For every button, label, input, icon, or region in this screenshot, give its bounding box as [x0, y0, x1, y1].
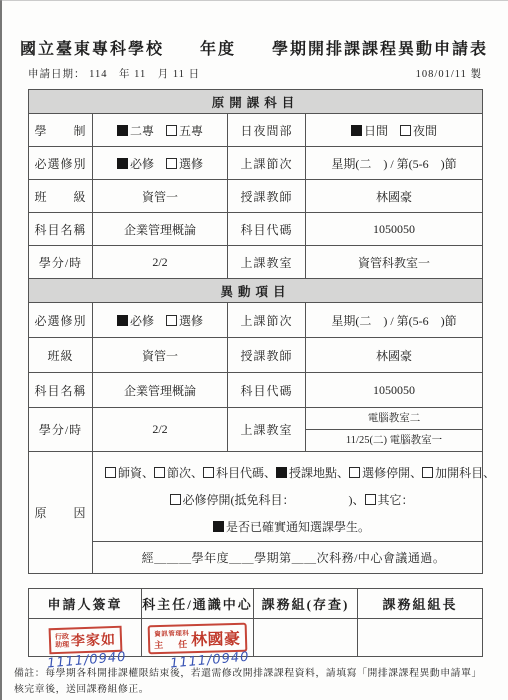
day-night-label: 日夜間部: [228, 114, 306, 147]
checkbox-two-year[interactable]: [117, 125, 128, 136]
night-label: 夜間: [413, 124, 437, 138]
original-subject-value: 企業管理概論: [93, 213, 228, 246]
checkbox-night[interactable]: [400, 125, 411, 136]
reason-item-elective-stop: 選修停開、: [362, 466, 422, 480]
reason-line-1: 師資、節次、科目代碼、授課地點、選修停開、加開科目、: [105, 464, 478, 481]
changed-period-value: 星期(二 ) / 第(5-6 )節: [306, 303, 483, 338]
original-elective-label: 必選修別: [29, 147, 93, 180]
checkbox-changed-elective[interactable]: [166, 315, 177, 326]
day-label: 日間: [364, 124, 388, 138]
school-system-label: 學 制: [29, 114, 93, 147]
section-changed-title: 異動項目: [29, 279, 483, 303]
original-code-label: 科目代碼: [228, 213, 306, 246]
curriculum-section-header: 課務組(存查): [254, 589, 358, 619]
section-original-header-row: 原開課科目: [29, 90, 483, 114]
meeting-line: 經＿＿＿學年度＿＿學期第＿＿次科務/中心會議通過。: [93, 542, 483, 574]
applicant-stamp-name: 李家如: [70, 628, 116, 650]
reason-item-other: 其它：: [378, 493, 414, 507]
changed-room-label: 上課教室: [228, 408, 306, 452]
reason-item-add-course: 加開科目、: [435, 466, 495, 480]
checkbox-teacher[interactable]: [105, 467, 116, 478]
changed-subject-value: 企業管理概論: [93, 373, 228, 408]
row-changed-class: 班級 資管一 授課教師 林國豪: [29, 338, 483, 373]
department-head-stamp: 資訊管理科 主 任 林國豪: [148, 623, 247, 655]
original-teacher-value: 林國豪: [306, 180, 483, 213]
checkbox-add-course[interactable]: [422, 467, 433, 478]
reason-item-required-stop: 必修停開(抵免科目： )、: [183, 493, 365, 507]
original-credit-value: 2/2: [93, 246, 228, 279]
row-changed-subject: 科目名稱 企業管理概論 科目代碼 1050050: [29, 373, 483, 408]
footnote: 備註：每學期各科開排課權限結束後，若還需修改開排課課程資料，請填寫「開排課課程異…: [14, 666, 496, 698]
applicant-signature-cell: 行政 助理 李家如 1111/0940: [29, 619, 142, 657]
applicant-stamp-role-line2: 助理: [55, 640, 69, 649]
original-required-label: 必修: [130, 157, 154, 171]
row-original-subject: 科目名稱 企業管理概論 科目代碼 1050050: [29, 213, 483, 246]
signature-table: 申請人簽章 科主任/通識中心 課務組(存查) 課務組組長 行政 助理 李家如 1…: [28, 588, 483, 657]
checkbox-required-stop[interactable]: [170, 494, 181, 505]
changed-class-label: 班級: [29, 338, 93, 373]
changed-credit-value: 2/2: [93, 408, 228, 452]
signature-header-row: 申請人簽章 科主任/通識中心 課務組(存查) 課務組組長: [29, 589, 483, 619]
curriculum-chief-header: 課務組組長: [358, 589, 483, 619]
row-reason: 原 因 師資、節次、科目代碼、授課地點、選修停開、加開科目、 必修停開(抵免科目…: [29, 452, 483, 542]
original-elective-options: 必修選修: [93, 147, 228, 180]
row-original-class: 班 級 資管一 授課教師 林國豪: [29, 180, 483, 213]
changed-class-value: 資管一: [93, 338, 228, 373]
changed-room-line1: 電腦教室二: [306, 408, 482, 429]
apply-date: 申請日期： 114 年 11 月 11 日: [28, 66, 200, 81]
checkbox-students-notified[interactable]: [213, 521, 224, 532]
applicant-signature-header: 申請人簽章: [29, 589, 142, 619]
department-head-header: 科主任/通識中心: [142, 589, 254, 619]
department-head-cell: 資訊管理科 主 任 林國豪 1111/0940: [142, 619, 254, 657]
footnote-line1: 備註：每學期各科開排課權限結束後，若還需修改開排課課程資料，請填寫「開排課課程異…: [14, 666, 496, 682]
checkbox-changed-required[interactable]: [117, 315, 128, 326]
five-year-label: 五專: [179, 124, 203, 138]
changed-code-label: 科目代碼: [228, 373, 306, 408]
changed-teacher-value: 林國豪: [306, 338, 483, 373]
date-row: 申請日期： 114 年 11 月 11 日 108/01/11 製: [28, 66, 482, 81]
two-year-label: 二專: [130, 124, 154, 138]
department-head-stamp-title: 主 任: [154, 637, 190, 651]
changed-code-value: 1050050: [306, 373, 483, 408]
course-change-table: 原開課科目 學 制 二專五專 日夜間部 日間夜間 必選修別 必修選修 上課節次 …: [28, 89, 483, 574]
changed-teacher-label: 授課教師: [228, 338, 306, 373]
original-period-label: 上課節次: [228, 147, 306, 180]
original-code-value: 1050050: [306, 213, 483, 246]
changed-room-line2: 11/25(二) 電腦教室一: [306, 429, 482, 451]
row-school-system: 學 制 二專五專 日夜間部 日間夜間: [29, 114, 483, 147]
checkbox-original-required[interactable]: [117, 158, 128, 169]
footnote-line2: 核完章後，送回課務組修正。: [14, 682, 496, 698]
checkbox-original-elective[interactable]: [166, 158, 177, 169]
section-original-title: 原開課科目: [29, 90, 483, 114]
curriculum-section-cell: [254, 619, 358, 657]
changed-period-label: 上課節次: [228, 303, 306, 338]
original-credit-label: 學分/時: [29, 246, 93, 279]
reason-label: 原 因: [29, 452, 93, 574]
original-period-value: 星期(二 ) / 第(5-6 )節: [306, 147, 483, 180]
original-class-label: 班 級: [29, 180, 93, 213]
checkbox-day[interactable]: [351, 125, 362, 136]
scanned-form-page: 國立臺東專科學校 年度 學期開排課課程異動申請表 申請日期： 114 年 11 …: [0, 0, 508, 700]
row-original-credit: 學分/時 2/2 上課教室 資管科教室一: [29, 246, 483, 279]
original-teacher-label: 授課教師: [228, 180, 306, 213]
original-elective-option-label: 選修: [179, 157, 203, 171]
changed-room-value: 電腦教室二 11/25(二) 電腦教室一: [306, 408, 483, 452]
checkbox-period[interactable]: [154, 467, 165, 478]
changed-elective-label: 必選修別: [29, 303, 93, 338]
signature-body-row: 行政 助理 李家如 1111/0940 資訊管理科 主 任 林國豪 1111/0…: [29, 619, 483, 657]
checkbox-subject-code[interactable]: [203, 467, 214, 478]
checkbox-elective-stop[interactable]: [349, 467, 360, 478]
original-room-label: 上課教室: [228, 246, 306, 279]
reason-content: 師資、節次、科目代碼、授課地點、選修停開、加開科目、 必修停開(抵免科目： )、…: [93, 452, 483, 542]
reason-line-3: 是否已確實通知選課學生。: [105, 518, 478, 535]
section-changed-header-row: 異動項目: [29, 279, 483, 303]
changed-credit-label: 學分/時: [29, 408, 93, 452]
original-subject-label: 科目名稱: [29, 213, 93, 246]
department-head-stamp-left: 資訊管理科 主 任: [154, 628, 191, 651]
reason-item-teacher: 師資、: [118, 466, 154, 480]
school-system-options: 二專五專: [93, 114, 228, 147]
applicant-stamp: 行政 助理 李家如: [48, 625, 122, 654]
reason-item-location: 授課地點、: [289, 466, 349, 480]
form-title: 國立臺東專科學校 年度 學期開排課課程異動申請表: [0, 36, 508, 59]
original-class-value: 資管一: [93, 180, 228, 213]
applicant-stamp-role-line1: 行政: [54, 632, 68, 641]
department-head-stamp-name: 林國豪: [191, 626, 241, 650]
reason-item-period: 節次、: [167, 466, 203, 480]
checkbox-location[interactable]: [276, 467, 287, 478]
changed-elective-option-label: 選修: [179, 314, 203, 328]
changed-elective-options: 必修選修: [93, 303, 228, 338]
row-changed-credit: 學分/時 2/2 上課教室 電腦教室二 11/25(二) 電腦教室一: [29, 408, 483, 452]
reason-item-code: 科目代碼、: [216, 466, 276, 480]
row-meeting: 經＿＿＿學年度＿＿學期第＿＿次科務/中心會議通過。: [29, 542, 483, 574]
original-room-value: 資管科教室一: [306, 246, 483, 279]
applicant-stamp-role: 行政 助理: [54, 632, 69, 649]
curriculum-chief-cell: [358, 619, 483, 657]
reason-item-students-notified: 是否已確實通知選課學生。: [226, 520, 370, 534]
made-date: 108/01/11 製: [416, 66, 482, 81]
row-changed-elective: 必選修別 必修選修 上課節次 星期(二 ) / 第(5-6 )節: [29, 303, 483, 338]
changed-required-label: 必修: [130, 314, 154, 328]
checkbox-other[interactable]: [365, 494, 376, 505]
day-night-options: 日間夜間: [306, 114, 483, 147]
checkbox-five-year[interactable]: [166, 125, 177, 136]
row-original-elective: 必選修別 必修選修 上課節次 星期(二 ) / 第(5-6 )節: [29, 147, 483, 180]
reason-line-2: 必修停開(抵免科目： )、其它：: [105, 491, 478, 508]
changed-subject-label: 科目名稱: [29, 373, 93, 408]
